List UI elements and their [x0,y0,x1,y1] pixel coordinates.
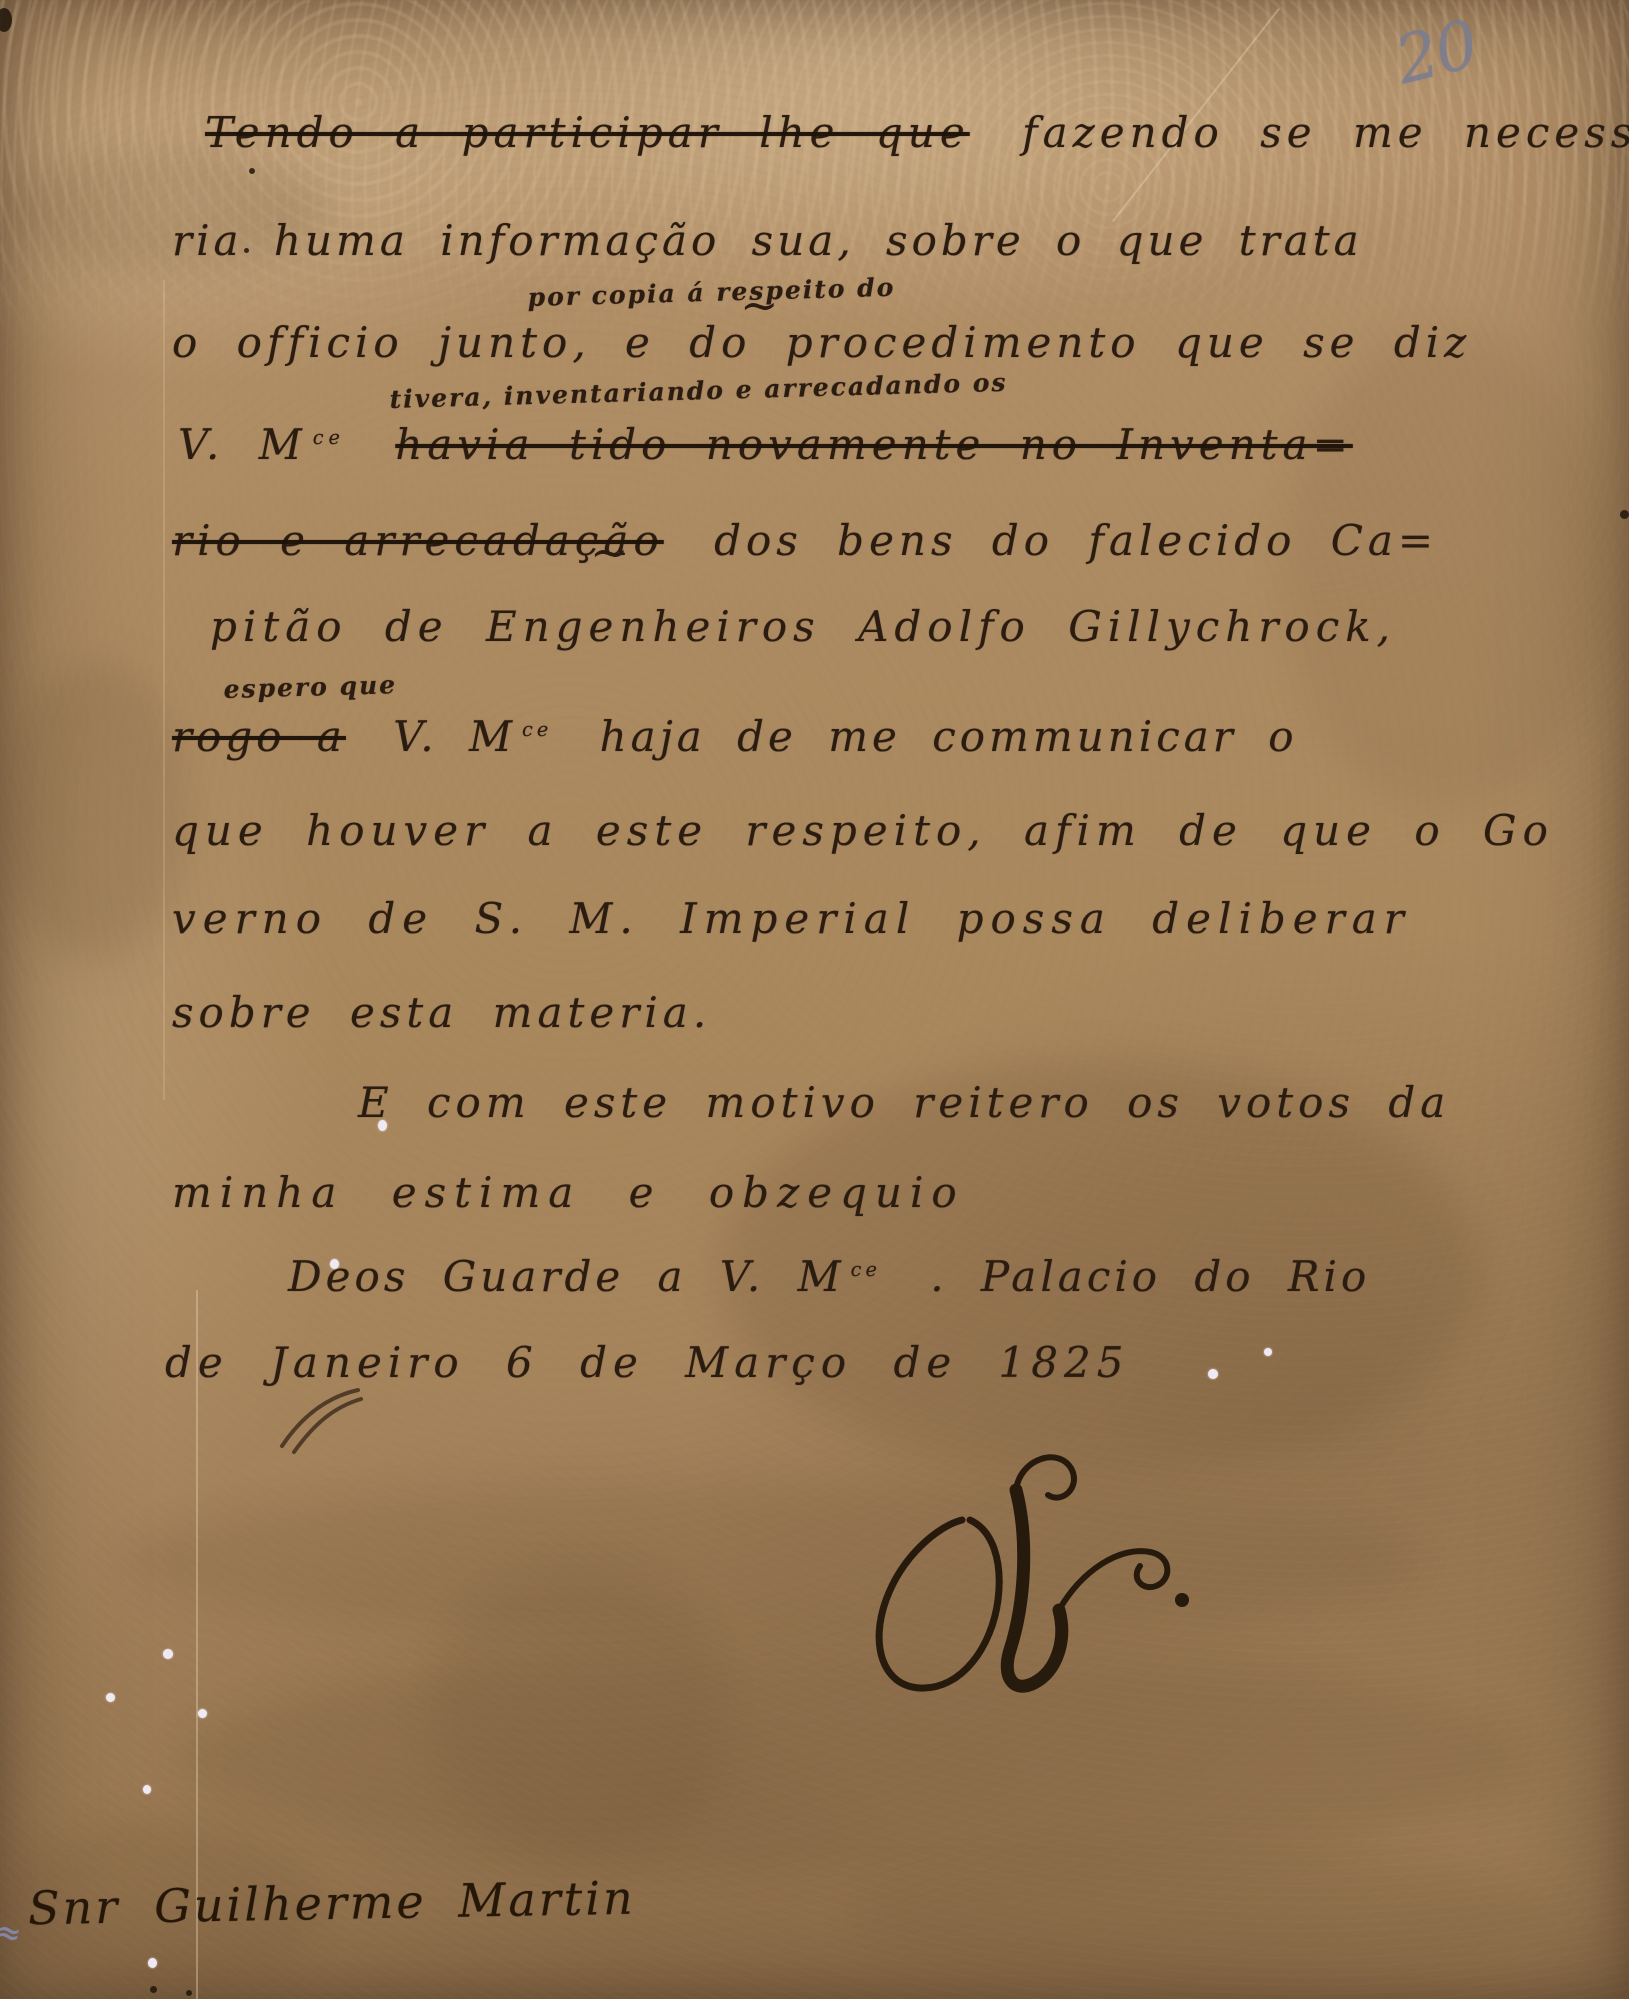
manuscript-line: rogo a V. Mce haja de me communicar o [172,714,1298,760]
rubric-flourish-stroke [879,1520,999,1688]
manuscript-line: E com este motivo reitero os votos da [358,1080,1450,1126]
handwritten-text: de Janeiro 6 de Março de 1825 [165,1338,1129,1387]
ink-speck [150,1986,157,1993]
caret-squiggle-mark: ∼ [590,525,629,579]
handwritten-text: ria huma informação sua, sobre o que tra… [172,216,1363,265]
paper-speck-white [1264,1348,1272,1356]
handwritten-text: minha estima e obzequio [172,1168,965,1217]
paper-speck-white [143,1785,151,1794]
handwritten-text: E com este motivo reitero os votos da [358,1078,1450,1127]
paper-speck-white [198,1709,207,1718]
caret-squiggle-mark: ∼ [740,278,779,332]
manuscript-line: ria huma informação sua, sobre o que tra… [172,218,1363,264]
fold-crease-vertical [163,280,165,1100]
addressee-prefix: Snr [28,1880,121,1936]
stray-ink-stroke [272,1384,372,1456]
struck-text: Tendo a participar lhe que [205,108,970,157]
handwritten-text: V. M [178,420,307,469]
rubric-signature-flourish [820,1448,1210,1733]
bleedthrough-smudge [1280,330,1610,810]
manuscript-line: minha estima e obzequio [172,1170,965,1216]
manuscript-line: o officio junto, e do procedimento que s… [172,320,1471,366]
handwritten-text: o officio junto, e do procedimento que s… [172,318,1471,367]
handwritten-text: verno de S. M. Imperial possa deliberar [172,894,1411,943]
paper-speck-white [378,1120,387,1131]
addressee-line: SnrGuilherme Martin [28,1871,636,1936]
interlinear-insertion: espero que [223,671,397,703]
paper-speck-white [163,1649,173,1659]
handwritten-text: espero que [223,670,397,704]
handwritten-text: fazendo se me necessa= [1022,108,1629,157]
handwritten-text: . Palacio do Rio [930,1252,1370,1301]
manuscript-line: Deos Guarde a V. Mce . Palacio do Rio [288,1254,1370,1300]
ink-speck [1620,510,1629,519]
ink-speck [249,168,255,174]
superscript-abbreviation: ce [313,426,345,449]
rubric-flourish-dot [1175,1593,1189,1607]
manuscript-line: Tendo a participar lhe que fazendo se me… [205,110,1629,156]
handwritten-text: pitão de Engenheiros Adolfo Gillychrock, [210,602,1396,651]
manuscript-line: rio e arrecadação dos bens do falecido C… [172,518,1438,564]
rubric-flourish-stroke [1007,1490,1061,1686]
bleedthrough-smudge [430,1560,730,1860]
handwritten-text: dos bens do falecido Ca= [714,516,1438,565]
addressee-name: Guilherme Martin [154,1871,636,1933]
manuscript-page: 20 Tendo a participar lhe que fazendo se… [0,0,1629,1999]
ink-speck [244,248,249,253]
manuscript-line: verno de S. M. Imperial possa deliberar [172,896,1411,942]
handwritten-text: V. M [393,712,516,761]
struck-text: havia tido novamente no Inventa= [395,420,1352,469]
superscript-abbreviation: ce [522,718,552,741]
ink-speck [186,1990,192,1996]
manuscript-line: pitão de Engenheiros Adolfo Gillychrock, [210,604,1396,650]
paper-speck-white [1208,1369,1218,1379]
handwritten-text: Deos Guarde a V. M [288,1252,845,1301]
rubric-flourish-stroke [1059,1551,1167,1610]
struck-text: rogo a [172,712,346,761]
paper-speck-white [148,1958,157,1968]
handwritten-text: sobre esta materia. [172,988,711,1037]
bleedthrough-smudge [0,660,190,960]
manuscript-line: V. Mce havia tido novamente no Inventa= [178,422,1353,468]
superscript-abbreviation: ce [851,1258,881,1281]
rubric-flourish-stroke [1016,1457,1074,1497]
paper-speck-white [330,1259,339,1269]
paper-speck-white [106,1693,115,1702]
manuscript-line: de Janeiro 6 de Março de 1825 [165,1340,1129,1386]
handwritten-text: que houver a este respeito, afim de que … [172,806,1554,855]
handwritten-text: haja de me communicar o [600,712,1298,761]
bleedthrough-smudge [850,1850,1550,1980]
manuscript-line: que houver a este respeito, afim de que … [172,808,1554,854]
manuscript-line: sobre esta materia. [172,990,711,1036]
bleedthrough-smudge [120,1480,1420,1640]
